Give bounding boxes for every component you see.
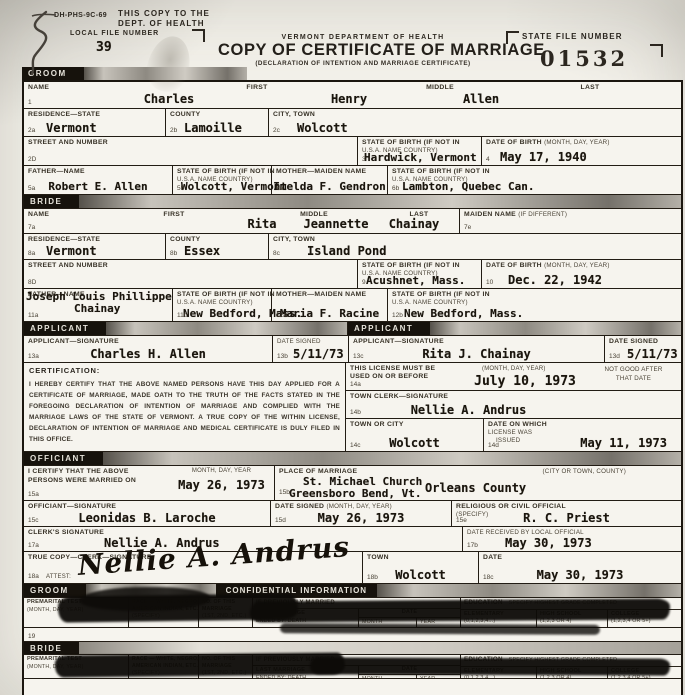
groom-date-signed-cell: DATE SIGNED 13b 5/11/73 [272, 336, 348, 362]
town-clerk-signature: Nellie A. Andrus [411, 403, 527, 417]
place-of-marriage-cell: PLACE OF MARRIAGE (CITY OR TOWN, COUNTY)… [274, 466, 681, 500]
not-good-label1: NOT GOOD AFTER [604, 366, 662, 373]
bride-city-value: Island Pond [307, 244, 386, 258]
bride-dob-value: Dec. 22, 1942 [508, 273, 602, 287]
birth-state-label: STATE OF BIRTH (IF NOT IN [177, 168, 275, 175]
field-number: 8b [170, 250, 177, 257]
field-number: 9 [362, 279, 366, 286]
field-number: 6b [392, 185, 399, 192]
field-number: 7a [28, 224, 35, 231]
officiant-date-signed-cell: DATE SIGNED (MONTH, DAY, YEAR) 15d May 2… [270, 501, 451, 526]
applicant-bar-label: APPLICANT [348, 322, 430, 335]
applicant-bar-label: APPLICANT [24, 322, 106, 335]
official-label: RELIGIOUS OR CIVIL OFFICIAL [456, 503, 566, 510]
bride-street-cell: STREET AND NUMBER 8D [24, 260, 357, 288]
date-signed-sub: (MONTH, DAY, YEAR) [326, 503, 391, 510]
license-town-cell: TOWN OR CITY 14c Wolcott [346, 419, 483, 451]
date-received-cell: DATE RECEIVED BY LOCAL OFFICIAL 17b May … [462, 527, 681, 551]
bride-mother-birth-cell: STATE OF BIRTH (IF NOT IN U.S.A. NAME CO… [387, 289, 681, 321]
field-number: 18b [367, 574, 378, 581]
applicant-bar-groom: APPLICANT [24, 322, 347, 335]
field-number: 11a [28, 312, 38, 319]
field-number: 8a [28, 250, 35, 257]
groom-applicant-signature: Charles H. Allen [90, 347, 206, 361]
maiden-label: MAIDEN NAME [464, 211, 516, 218]
license-use-row: THIS LICENSE MUST BE USED ON OR BEFORE 1… [346, 363, 681, 390]
field-number: 17b [467, 542, 478, 549]
groom-mother-birth-cell: STATE OF BIRTH (IF NOT IN U.S.A. NAME CO… [387, 166, 681, 194]
birth-state-label: STATE OF BIRTH (IF NOT IN [177, 291, 275, 298]
field-number: 15c [28, 517, 38, 524]
confidential-bride-bar: BRIDE [24, 641, 681, 654]
redaction-smear-groom-right [250, 599, 670, 623]
copy-note-line1: THIS COPY TO THE [118, 9, 210, 19]
field-number: 15d [275, 517, 286, 524]
officiant-bar-label: OFFICIANT [24, 452, 103, 465]
bar-fill [430, 322, 681, 335]
street-label: STREET AND NUMBER [24, 260, 357, 271]
groom-street-cell: STREET AND NUMBER 2D [24, 137, 357, 165]
bride-birth-value: Acushnet, Mass. [366, 274, 465, 287]
officiant-sig-cell: OFFICIANT—SIGNATURE 15c Leonidas B. Laro… [24, 501, 270, 526]
field-number: 14a [350, 381, 361, 388]
birth-state-label: STATE OF BIRTH (IF NOT IN [392, 291, 490, 298]
license-use-label2: USED ON OR BEFORE [350, 373, 428, 380]
true-copy-date-value: May 30, 1973 [537, 568, 624, 582]
field-number: 8c [273, 250, 280, 257]
mother-label: MOTHER—MAIDEN NAME [272, 289, 387, 300]
bride-bar-label: BRIDE [24, 195, 79, 208]
issued-label1: DATE ON WHICH [488, 421, 547, 428]
field-number: 5a [28, 185, 35, 192]
groom-county-value: Lamoille [184, 121, 242, 135]
town-clerk-row: TOWN CLERK—SIGNATURE 14b Nellie A. Andru… [346, 390, 681, 418]
bride-middle-value: Jeannette [303, 217, 368, 231]
bride-city-cell: CITY, TOWN 8c Island Pond [268, 234, 681, 259]
field-number: 3 [362, 156, 366, 163]
bar-fill [79, 642, 681, 654]
bride-applicant-sig-cell: APPLICANT—SIGNATURE 13c Rita J. Chainay [348, 336, 604, 362]
certification-license-row: CERTIFICATION: I HEREBY CERTIFY THAT THE… [24, 362, 681, 451]
groom-mother-value: Imelda F. Gendron [273, 180, 386, 193]
groom-applicant-sig-cell: APPLICANT—SIGNATURE 13a Charles H. Allen [24, 336, 272, 362]
pen-mark [26, 6, 66, 78]
bride-residence-cell: RESIDENCE—STATE 8a Vermont [24, 234, 165, 259]
bride-mother-value: Maria F. Racine [280, 307, 379, 320]
license-town-value: Wolcott [389, 436, 440, 450]
groom-middle-value: Henry [331, 92, 367, 106]
field-number: 15b [279, 489, 290, 496]
mdy-label: (MONTH, DAY, YEAR) [482, 366, 546, 372]
bracket-left [506, 31, 519, 44]
bride-county-value: Essex [184, 244, 220, 258]
religious-official-value: R. C. Priest [523, 511, 610, 525]
true-copy-town-value: Wolcott [395, 568, 446, 582]
town-or-city-label: TOWN OR CITY [346, 419, 483, 430]
officiant-signature-row: OFFICIANT—SIGNATURE 15c Leonidas B. Laro… [24, 500, 681, 526]
state-file-label: STATE FILE NUMBER [522, 32, 623, 41]
bride-residence-value: Vermont [46, 244, 97, 258]
field-number: 4 [486, 156, 490, 163]
true-copy-town-cell: TOWN 18b Wolcott [362, 552, 478, 583]
true-copy-date-cell: DATE 18c May 30, 1973 [478, 552, 681, 583]
date-signed-label: DATE SIGNED [273, 336, 348, 346]
bride-mother-cell: MOTHER—MAIDEN NAME 12a Maria F. Racine [271, 289, 387, 321]
officiant-date-signed: May 26, 1973 [318, 511, 405, 525]
field-number: 15e [456, 517, 467, 524]
bride-father-line2: Chainay [74, 302, 120, 315]
bride-date-signed-cell: DATE SIGNED 13d 5/11/73 [604, 336, 681, 362]
bar-fill [106, 322, 347, 335]
field-number: 13d [609, 353, 620, 360]
redaction-smear-bride-right [310, 657, 670, 675]
mother-label: MOTHER—MAIDEN NAME [272, 166, 387, 177]
license-use-date-cell: (MONTH, DAY, YEAR) July 10, 1973 [464, 363, 586, 390]
field-number: 10 [486, 279, 493, 286]
field-number: 1 [28, 99, 32, 106]
first-label: FIRST [163, 211, 184, 220]
true-copy-cell: TRUE COPY—CLERK—SIGNATURE 18a ATTEST: Ne… [24, 552, 362, 583]
town-issued-row: TOWN OR CITY 14c Wolcott DATE ON WHICH L… [346, 418, 681, 451]
bride-first-value: Rita [248, 217, 277, 231]
field-number: 19 [28, 633, 35, 640]
applicant-bar-bride: APPLICANT [347, 322, 681, 335]
field-number: 12a [276, 312, 287, 319]
field-number: 2a [28, 127, 35, 134]
bride-parents-row: FATHER—NAME 11a Joseph Louis Phillippe C… [24, 288, 681, 321]
bride-name-row: NAME FIRST MIDDLE LAST 7a Rita Jeannette… [24, 208, 681, 233]
field-number: 12b [392, 312, 403, 319]
birth-state-label2: U.S.A. NAME COUNTRY) [392, 299, 468, 306]
last-label: LAST [581, 84, 600, 93]
true-copy-row: TRUE COPY—CLERK—SIGNATURE 18a ATTEST: Ne… [24, 551, 681, 583]
married-on-cell: I CERTIFY THAT THE ABOVE PERSONS WERE MA… [24, 466, 169, 500]
copy-note: THIS COPY TO THE DEPT. OF HEALTH [118, 9, 210, 28]
town-label: TOWN [363, 552, 478, 563]
groom-last-value: Allen [463, 92, 499, 106]
groom-residence-cell: RESIDENCE—STATE 2a Vermont [24, 109, 165, 136]
married-date-cell: MONTH, DAY, YEAR May 26, 1973 [169, 466, 274, 500]
officiant-signature: Leonidas B. Laroche [78, 511, 215, 525]
groom-dob-cell: DATE OF BIRTH (MONTH, DAY, YEAR) 4 May 1… [481, 137, 681, 165]
license-use-label1: THIS LICENSE MUST BE [350, 365, 435, 372]
corner-mark [192, 29, 205, 42]
page-subtitle: (DECLARATION OF INTENTION AND MARRIAGE C… [218, 60, 508, 67]
groom-mother-birth-value: Lambton, Quebec Can. [402, 180, 534, 193]
bride-father-cell: FATHER—NAME 11a Joseph Louis Phillippe C… [24, 289, 172, 321]
redaction-smear-bride-left [55, 652, 345, 677]
officiant-section-bar: OFFICIANT [24, 451, 681, 465]
groom-father-birth-cell: STATE OF BIRTH (IF NOT IN U.S.A. NAME CO… [172, 166, 271, 194]
license-issued-date: May 11, 1973 [580, 436, 667, 450]
certification-title: CERTIFICATION: [24, 363, 345, 377]
local-file-label: LOCAL FILE NUMBER [70, 30, 159, 37]
title-block: VERMONT DEPARTMENT OF HEALTH COPY OF CER… [218, 34, 508, 67]
certification-cell: CERTIFICATION: I HEREBY CERTIFY THAT THE… [24, 363, 345, 451]
groom-county-cell: COUNTY 2b Lamoille [165, 109, 268, 136]
bar-fill [377, 584, 681, 597]
department-line: VERMONT DEPARTMENT OF HEALTH [218, 34, 508, 41]
bride-section-bar: BRIDE [24, 194, 681, 208]
field-number: 14d [488, 442, 499, 449]
city-label: CITY, TOWN [269, 109, 681, 120]
field-number: 2b [170, 127, 177, 134]
page-title: COPY OF CERTIFICATE OF MARRIAGE [218, 41, 508, 60]
date-received-value: May 30, 1973 [505, 536, 592, 550]
bar-fill [103, 452, 681, 465]
field-number: 14b [350, 409, 361, 416]
field-number: 13b [277, 353, 288, 360]
field-number: 15a [28, 491, 39, 498]
birth-state-label: STATE OF BIRTH (IF NOT IN [362, 139, 460, 146]
applicant-sig-label: APPLICANT—SIGNATURE [349, 336, 604, 347]
groom-city-value: Wolcott [297, 121, 348, 135]
document-header: DH-PHS-9C-69 THIS COPY TO THE DEPT. OF H… [0, 0, 685, 80]
groom-street-row: STREET AND NUMBER 2D STATE OF BIRTH (IF … [24, 136, 681, 165]
license-use-date: July 10, 1973 [474, 374, 576, 389]
bride-last-value: Chainay [389, 217, 440, 231]
field-number: 17a [28, 542, 39, 549]
marriage-certificate-scan: DH-PHS-9C-69 THIS COPY TO THE DEPT. OF H… [0, 0, 685, 695]
married-label1: I CERTIFY THAT THE ABOVE [28, 468, 129, 475]
field-number: 6a [276, 185, 283, 192]
state-file-number: 01532 [540, 46, 628, 71]
field-number: 13a [28, 353, 39, 360]
license-column: THIS LICENSE MUST BE USED ON OR BEFORE 1… [345, 363, 681, 451]
street-label: STREET AND NUMBER [24, 137, 357, 148]
bride-residence-row: RESIDENCE—STATE 8a Vermont COUNTY 8b Ess… [24, 233, 681, 259]
conf-groom-bar-label: GROOM [24, 584, 86, 597]
license-use-label-cell: THIS LICENSE MUST BE USED ON OR BEFORE 1… [346, 363, 464, 390]
place-sub-label: (CITY OR TOWN, COUNTY) [543, 466, 626, 477]
groom-city-cell: CITY, TOWN 2c Wolcott [268, 109, 681, 136]
residence-label: RESIDENCE—STATE [24, 109, 165, 120]
bride-birth-cell: STATE OF BIRTH (IF NOT IN U.S.A. NAME CO… [357, 260, 481, 288]
religious-official-cell: RELIGIOUS OR CIVIL OFFICIAL (SPECIFY) 15… [451, 501, 681, 526]
field-number: 2c [273, 127, 280, 134]
groom-dob-value: May 17, 1940 [500, 150, 587, 164]
bride-name-cell: NAME FIRST MIDDLE LAST 7a Rita Jeannette… [24, 209, 459, 233]
groom-father-cell: FATHER—NAME 5a Robert E. Allen [24, 166, 172, 194]
field-number: 11b [177, 312, 187, 319]
field-number: 13c [353, 353, 363, 360]
mdy-label: MONTH, DAY, YEAR [169, 466, 274, 474]
groom-name-row: NAME FIRST MIDDLE LAST 1 Charles Henry A… [24, 82, 681, 108]
dob-sub-label: (MONTH, DAY, YEAR) [544, 262, 609, 269]
attest-number: 18a [28, 573, 39, 580]
field-number: 5b [177, 185, 184, 192]
officiant-married-row: I CERTIFY THAT THE ABOVE PERSONS WERE MA… [24, 465, 681, 500]
groom-first-value: Charles [144, 92, 195, 106]
applicant-bars-row: APPLICANT APPLICANT [24, 321, 681, 335]
conf-bride-bar-label: BRIDE [24, 642, 79, 654]
local-file-number: 39 [96, 40, 112, 55]
married-date-value: May 26, 1973 [178, 478, 265, 492]
dob-label: DATE OF BIRTH [486, 262, 542, 269]
place-county-value: Orleans County [425, 481, 526, 495]
license-issued-cell: DATE ON WHICH LICENSE WAS ISSUED 14d May… [483, 419, 681, 451]
groom-residence-value: Vermont [46, 121, 97, 135]
groom-residence-row: RESIDENCE—STATE 2a Vermont COUNTY 2b Lam… [24, 108, 681, 136]
groom-birth-value: Hardwick, Vermont [364, 151, 477, 164]
place-line2: Greensboro Bend, Vt. [289, 487, 421, 500]
field-number: 8D [28, 279, 36, 286]
field-number: 18c [483, 574, 493, 581]
bride-father-birth-cell: STATE OF BIRTH (IF NOT IN U.S.A. NAME CO… [172, 289, 271, 321]
dob-label: DATE OF BIRTH [486, 139, 542, 146]
name-label: NAME [28, 84, 49, 93]
groom-mother-cell: MOTHER—MAIDEN NAME 6a Imelda F. Gendron [271, 166, 387, 194]
birth-state-label2: U.S.A. NAME COUNTRY) [177, 299, 253, 306]
not-good-label2: THAT DATE [616, 375, 651, 382]
birth-state-label: STATE OF BIRTH (IF NOT IN [362, 262, 460, 269]
groom-father-value: Robert E. Allen [48, 180, 147, 193]
groom-birth-cell: STATE OF BIRTH (IF NOT IN U.S.A. NAME CO… [357, 137, 481, 165]
field-number: 7e [464, 224, 471, 231]
bride-dob-cell: DATE OF BIRTH (MONTH, DAY, YEAR) 10 Dec.… [481, 260, 681, 288]
applicant-signature-row: APPLICANT—SIGNATURE 13a Charles H. Allen… [24, 335, 681, 362]
name-label: NAME [28, 211, 49, 220]
not-good-after-cell: NOT GOOD AFTER THAT DATE [586, 363, 681, 390]
attest-label: ATTEST: [46, 574, 71, 580]
redaction-smear-bride-bar [280, 623, 600, 635]
middle-label: MIDDLE [426, 84, 454, 93]
date-signed-label: DATE SIGNED [275, 503, 324, 510]
applicant-sig-label: APPLICANT—SIGNATURE [24, 336, 272, 347]
bride-date-signed-value: 5/11/73 [627, 347, 678, 361]
groom-parents-row: FATHER—NAME 5a Robert E. Allen STATE OF … [24, 165, 681, 194]
town-clerk-cell: TOWN CLERK—SIGNATURE 14b Nellie A. Andru… [346, 391, 681, 418]
date-label: DATE [479, 552, 681, 563]
father-label: FATHER—NAME [24, 166, 172, 177]
groom-date-signed-value: 5/11/73 [293, 347, 344, 361]
first-label: FIRST [246, 84, 267, 93]
married-label2: PERSONS WERE MARRIED ON [28, 477, 136, 484]
bar-fill [84, 67, 247, 80]
bride-applicant-signature: Rita J. Chainay [422, 347, 530, 361]
town-clerk-label: TOWN CLERK—SIGNATURE [346, 391, 681, 402]
bride-maiden-cell: MAIDEN NAME (IF DIFFERENT) 7e [459, 209, 681, 233]
copy-note-line2: DEPT. OF HEALTH [118, 19, 210, 29]
field-number: 2D [28, 156, 36, 163]
county-label: COUNTY [166, 109, 268, 120]
bar-fill [79, 195, 681, 208]
bride-mother-birth-value: New Bedford, Mass. [404, 307, 523, 320]
field-number: 14c [350, 442, 360, 449]
confidential-bride-data-row [24, 678, 681, 695]
birth-state-label: STATE OF BIRTH (IF NOT IN [392, 168, 490, 175]
bride-county-cell: COUNTY 8b Essex [165, 234, 268, 259]
dob-sub-label: (MONTH, DAY, YEAR) [544, 139, 609, 146]
maiden-sub-label: (IF DIFFERENT) [518, 211, 567, 218]
date-signed-label: DATE SIGNED [605, 336, 681, 347]
bracket-right [650, 44, 663, 57]
certification-body: I HEREBY CERTIFY THAT THE ABOVE NAMED PE… [24, 377, 345, 445]
bride-street-row: STREET AND NUMBER 8D STATE OF BIRTH (IF … [24, 259, 681, 288]
